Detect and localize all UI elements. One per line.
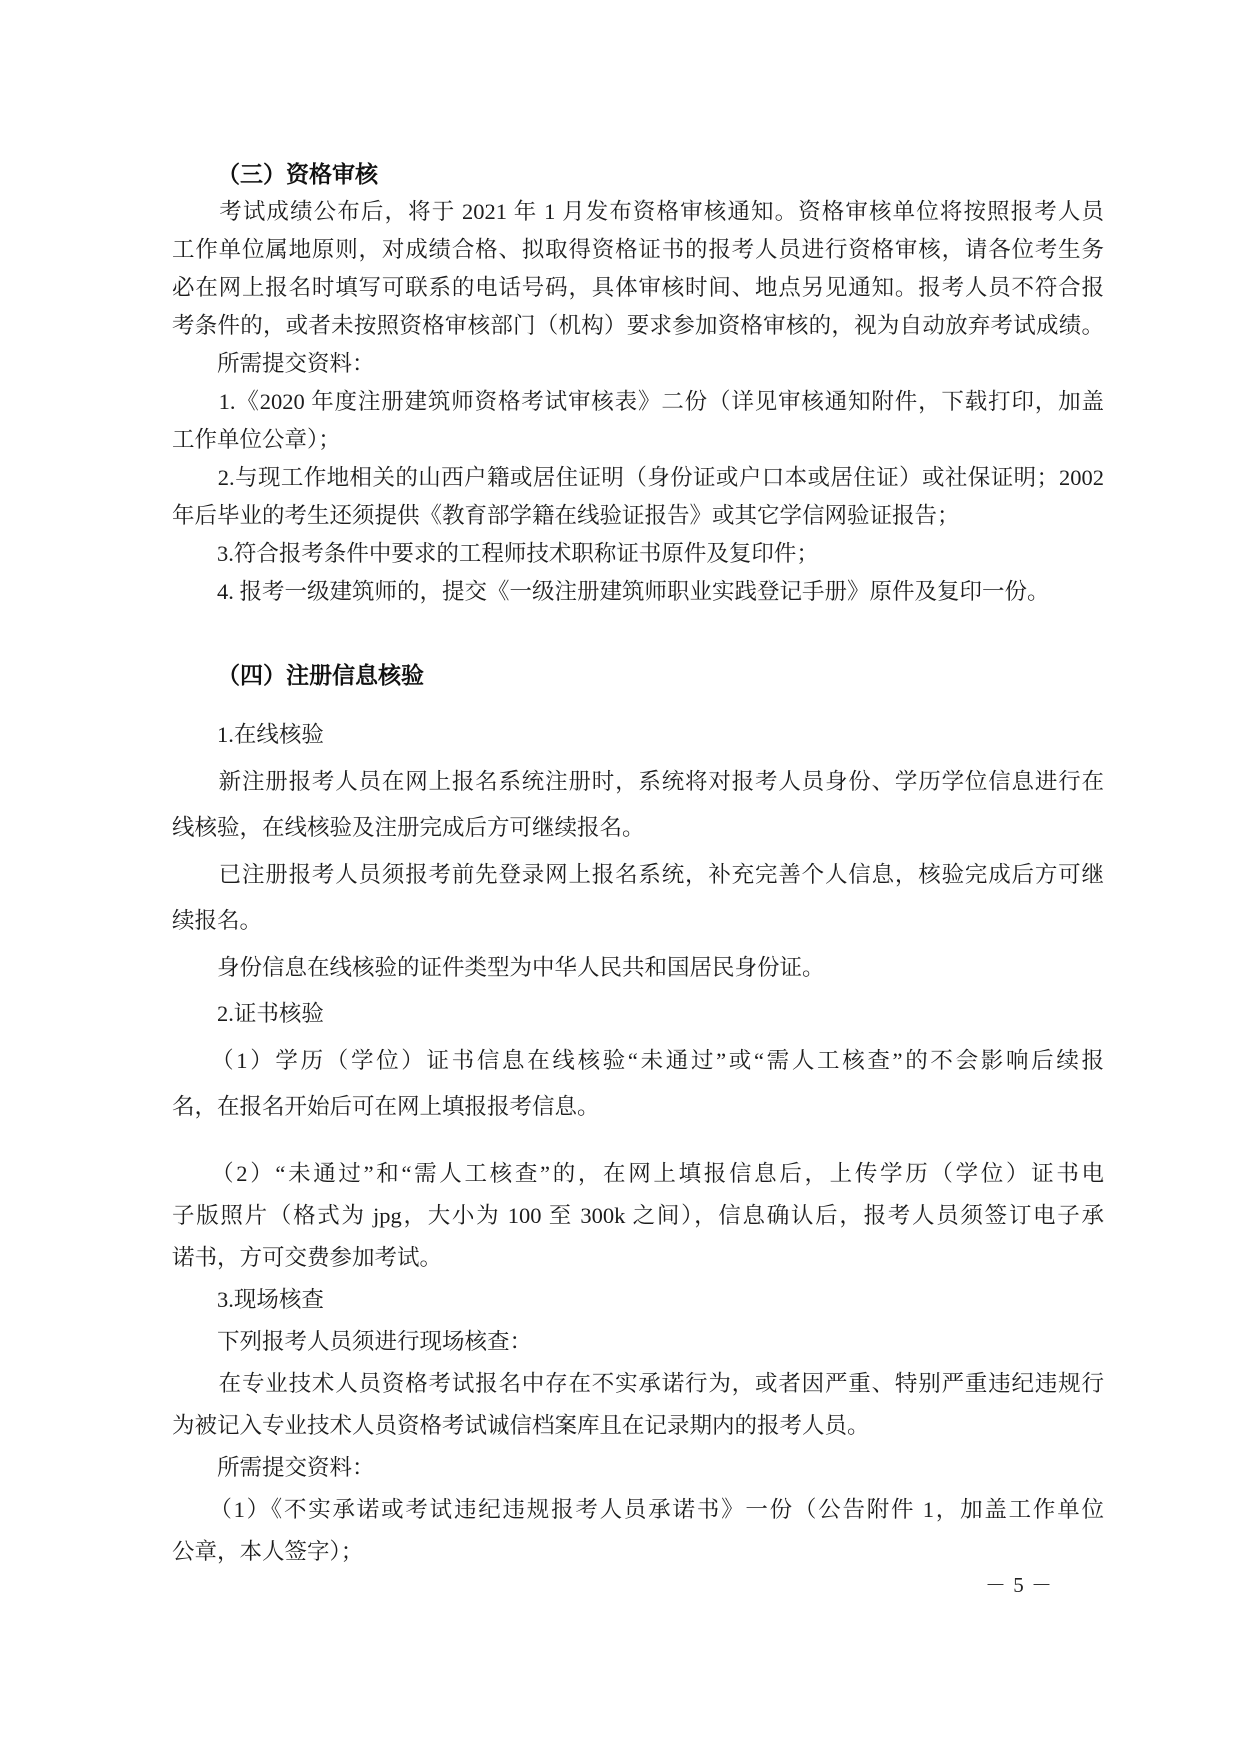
- text-line: 3.现场核查: [172, 1279, 1104, 1321]
- text-line: 新注册报考人员在网上报名系统注册时，系统将对报考人员身份、学历学位信息进行在: [172, 759, 1104, 806]
- section-3-qualification-review-body: 考试成绩公布后，将于 2021 年 1 月发布资格审核通知。资格审核单位将按照报…: [172, 193, 1104, 611]
- text-line: 下列报考人员须进行现场核查：: [172, 1321, 1104, 1363]
- text-line: 续报名。: [172, 898, 1104, 945]
- text-line: 3.符合报考条件中要求的工程师技术职称证书原件及复印件；: [172, 535, 1104, 573]
- text-line: 在专业技术人员资格考试报名中存在不实承诺行为，或者因严重、特别严重违纪违规行: [172, 1363, 1104, 1405]
- text-line: 线核验，在线核验及注册完成后方可继续报名。: [172, 805, 1104, 852]
- text-line: 工作单位公章）；: [172, 421, 1104, 459]
- text-line: 工作单位属地原则，对成绩合格、拟取得资格证书的报考人员进行资格审核，请各位考生务: [172, 231, 1104, 269]
- text-line: 4. 报考一级建筑师的，提交《一级注册建筑师职业实践登记手册》原件及复印一份。: [172, 573, 1104, 611]
- text-line: 为被记入专业技术人员资格考试诚信档案库且在记录期内的报考人员。: [172, 1405, 1104, 1447]
- text-line: 1.在线核验: [172, 712, 1104, 759]
- text-line: 考试成绩公布后，将于 2021 年 1 月发布资格审核通知。资格审核单位将按照报…: [172, 193, 1104, 231]
- section-4-registration-verification-body-part2: （2）“未通过”和“需人工核查”的，在网上填报信息后，上传学历（学位）证书电子版…: [172, 1153, 1104, 1573]
- text-line: 所需提交资料：: [172, 1447, 1104, 1489]
- text-line: 2.证书核验: [172, 991, 1104, 1038]
- text-line: （1）学历（学位）证书信息在线核验“未通过”或“需人工核查”的不会影响后续报: [172, 1038, 1104, 1085]
- text-line: 身份信息在线核验的证件类型为中华人民共和国居民身份证。: [172, 945, 1104, 992]
- text-line: 子版照片（格式为 jpg，大小为 100 至 300k 之间），信息确认后，报考…: [172, 1195, 1104, 1237]
- page-number: － 5 －: [985, 1572, 1053, 1598]
- text-line: 必在网上报名时填写可联系的电话号码，具体审核时间、地点另见通知。报考人员不符合报: [172, 269, 1104, 307]
- document-page: （三）资格审核 考试成绩公布后，将于 2021 年 1 月发布资格审核通知。资格…: [0, 0, 1240, 1754]
- text-line: 1.《2020 年度注册建筑师资格考试审核表》二份（详见审核通知附件，下载打印，…: [172, 383, 1104, 421]
- text-line: （1）《不实承诺或考试违纪违规报考人员承诺书》一份（公告附件 1，加盖工作单位: [172, 1489, 1104, 1531]
- text-line: 诺书，方可交费参加考试。: [172, 1237, 1104, 1279]
- text-line: 年后毕业的考生还须提供《教育部学籍在线验证报告》或其它学信网验证报告；: [172, 497, 1104, 535]
- section-3-heading: （三）资格审核: [172, 155, 1104, 193]
- text-line: 公章，本人签字）；: [172, 1531, 1104, 1573]
- text-line: 2.与现工作地相关的山西户籍或居住证明（身份证或户口本或居住证）或社保证明；20…: [172, 459, 1104, 497]
- text-line: 名，在报名开始后可在网上填报报考信息。: [172, 1084, 1104, 1131]
- section-4-registration-verification-body-part1: 1.在线核验 新注册报考人员在网上报名系统注册时，系统将对报考人员身份、学历学位…: [172, 712, 1104, 1131]
- section-4-heading: （四）注册信息核验: [172, 656, 1104, 694]
- text-line: 已注册报考人员须报考前先登录网上报名系统，补充完善个人信息，核验完成后方可继: [172, 852, 1104, 899]
- text-line: 考条件的，或者未按照资格审核部门（机构）要求参加资格审核的，视为自动放弃考试成绩…: [172, 307, 1104, 345]
- text-line: （2）“未通过”和“需人工核查”的，在网上填报信息后，上传学历（学位）证书电: [172, 1153, 1104, 1195]
- text-line: 所需提交资料：: [172, 345, 1104, 383]
